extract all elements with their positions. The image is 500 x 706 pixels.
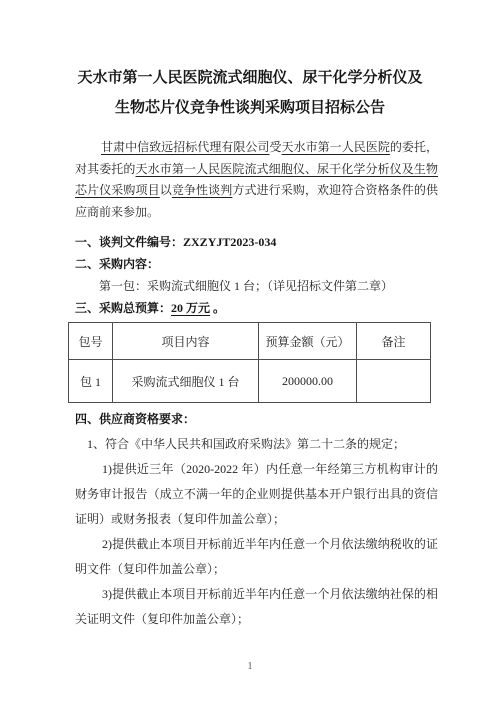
requirement-1: 1、符合《中华人民共和国政府采购法》第二十二条的规定； [75,432,438,457]
budget-table-row: 包 1 采购流式细胞仪 1 台 200000.00 [69,360,431,403]
section-3-suffix: 。 [210,301,225,315]
total-budget-value: 20 万元 [171,301,210,315]
col-header-package: 包号 [69,323,113,360]
col-header-amount: 预算金额（元） [259,323,357,360]
requirement-1-sub-2: 2)提供截止本项目开标前近半年内任意一个月依法缴纳税收的证明文件（复印件加盖公章… [75,532,438,582]
cell-budget-amount: 200000.00 [259,360,357,403]
procurement-method: 竞争性谈判 [172,183,233,197]
requirement-1-sub-3: 3)提供截止本项目开标前近半年内任意一个月依法缴纳社保的相关证明文件（复印件加盖… [75,582,438,632]
section-4-requirements: 四、供应商资格要求： 1、符合《中华人民共和国政府采购法》第二十二条的规定； 1… [75,407,438,632]
document-title: 天水市第一人民医院流式细胞仪、尿干化学分析仪及 生物芯片仪竞争性谈判采购项目招标… [0,63,500,123]
section-3-heading: 三、采购总预算：20 万元 。 [75,297,438,319]
cell-project-content: 采购流式细胞仪 1 台 [113,360,259,403]
section-4-heading: 四、供应商资格要求： [75,407,438,432]
intro-text: 以 [160,183,172,197]
agency-name: 甘肃中信致远招标代理有限公司 [101,140,270,154]
document-page: 天水市第一人民医院流式细胞仪、尿干化学分析仪及 生物芯片仪竞争性谈判采购项目招标… [0,0,500,706]
intro-paragraph: 甘肃中信致远招标代理有限公司受天水市第一人民医院的委托，对其委托的天水市第一人民… [75,137,438,223]
intro-text: 受 [270,140,282,154]
purchaser-name: 天水市第一人民医院 [282,140,390,154]
cell-remarks [357,360,431,403]
title-line-2: 生物芯片仪竞争性谈判采购项目招标公告 [0,93,500,123]
section-1-heading: 一、谈判文件编号：ZXZYJT2023-034 [75,231,438,253]
section-3-label: 三、采购总预算： [75,301,171,315]
cell-package-no: 包 1 [69,360,113,403]
col-header-remarks: 备注 [357,323,431,360]
budget-table-header-row: 包号 项目内容 预算金额（元） 备注 [69,323,431,360]
section-2-detail: 第一包：采购流式细胞仪 1 台；（详见招标文件第二章） [75,275,438,297]
budget-table: 包号 项目内容 预算金额（元） 备注 包 1 采购流式细胞仪 1 台 20000… [68,322,431,403]
requirement-1-sub-1: 1)提供近三年（2020-2022 年）内任意一年经第三方机构审计的财务审计报告… [75,457,438,532]
negotiation-document-number: ZXZYJT2023-034 [183,235,276,249]
document-body: 甘肃中信致远招标代理有限公司受天水市第一人民医院的委托，对其委托的天水市第一人民… [0,137,500,632]
page-number: 1 [0,661,500,672]
section-1-label: 一、谈判文件编号： [75,235,183,249]
title-line-1: 天水市第一人民医院流式细胞仪、尿干化学分析仪及 [0,63,500,93]
section-2-heading: 二、采购内容： [75,253,438,275]
col-header-content: 项目内容 [113,323,259,360]
